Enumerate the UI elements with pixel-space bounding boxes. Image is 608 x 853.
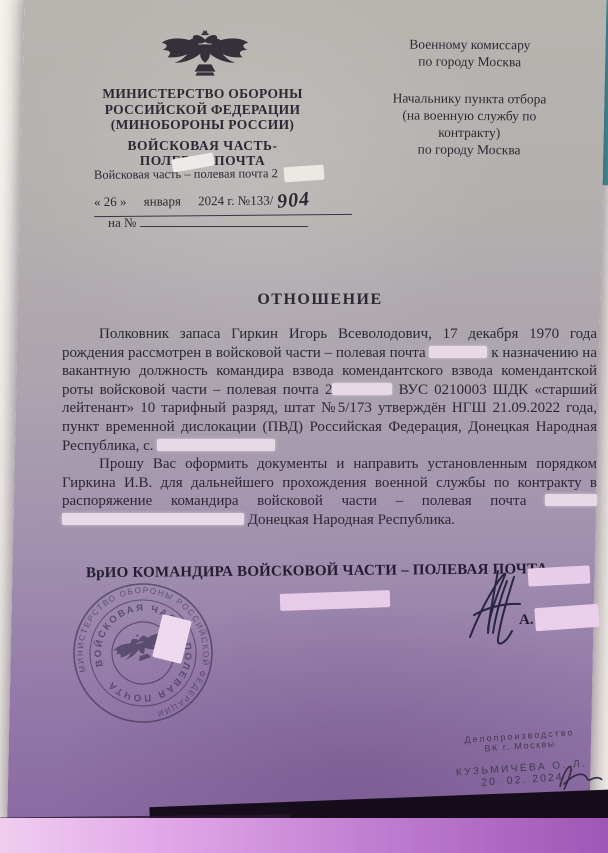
ministry-line: МИНИСТЕРСТВО ОБОРОНЫ <box>75 86 330 102</box>
date-year: 2024 г. <box>198 193 235 208</box>
blank-line <box>140 214 308 227</box>
document-photo: МИНИСТЕРСТВО ОБОРОНЫ РОССИЙСКОЙ ФЕДЕРАЦИ… <box>0 0 608 853</box>
round-seal: МИНИСТЕРСТВО ОБОРОНЫ РОССИЙСКОЙ ФЕДЕРАЦИ… <box>48 558 237 747</box>
date-month: января <box>144 193 181 208</box>
addressee-block: Военному комиссару по городу Москва Нача… <box>362 35 578 158</box>
date-day: « 26 » <box>94 194 127 209</box>
addressee-line: контракту) <box>362 123 577 142</box>
addressee-line: (на военную службу по <box>362 106 577 125</box>
redaction-sticker <box>545 494 597 506</box>
date-number-line: « 26 » января 2024 г. №133/ 904 <box>94 187 352 217</box>
redaction-sticker <box>157 439 275 451</box>
document-body: Полковник запаса Гиркин Игорь Всеволодов… <box>62 325 597 530</box>
addressee-line: по городу Москва <box>362 140 577 159</box>
clerk-handwritten-signature <box>554 755 604 794</box>
handwritten-doc-number: 904 <box>276 188 311 214</box>
document-content: МИНИСТЕРСТВО ОБОРОНЫ РОССИЙСКОЙ ФЕДЕРАЦИ… <box>0 0 608 853</box>
registration-stamp: Делопроизводство ВК г. Москвы КУЗЬМИЧЁВА… <box>444 726 597 791</box>
reply-to-line: на № <box>108 214 308 231</box>
document-title: ОТНОШЕНИЕ <box>60 291 580 309</box>
redaction-sticker <box>280 590 391 611</box>
body-paragraph: Прошу Вас оформить документы и направить… <box>62 455 597 529</box>
mod-double-eagle-icon <box>150 26 260 82</box>
reply-prefix: на № <box>108 215 136 230</box>
unit-line: ВОЙСКОВАЯ ЧАСТЬ- <box>75 138 330 154</box>
addressee-line: по городу Москва <box>362 52 577 71</box>
redaction-sticker <box>534 604 599 631</box>
redaction-sticker <box>332 383 392 395</box>
ministry-line: (МИНОБОРОНЫ РОССИИ) <box>75 117 330 133</box>
table-surface <box>0 818 608 853</box>
doc-number-prefix: №133/ <box>238 193 274 208</box>
body-paragraph: Полковник запаса Гиркин Игорь Всеволодов… <box>62 325 597 455</box>
redaction-sticker <box>429 346 487 358</box>
redaction-sticker <box>62 513 244 525</box>
addressee-line: Военному комиссару <box>362 35 577 54</box>
ministry-line: РОССИЙСКОЙ ФЕДЕРАЦИИ <box>75 102 330 118</box>
redaction-sticker <box>528 565 591 586</box>
addressee-line: Начальнику пункта отбора <box>362 89 577 108</box>
redaction-sticker <box>284 165 325 183</box>
